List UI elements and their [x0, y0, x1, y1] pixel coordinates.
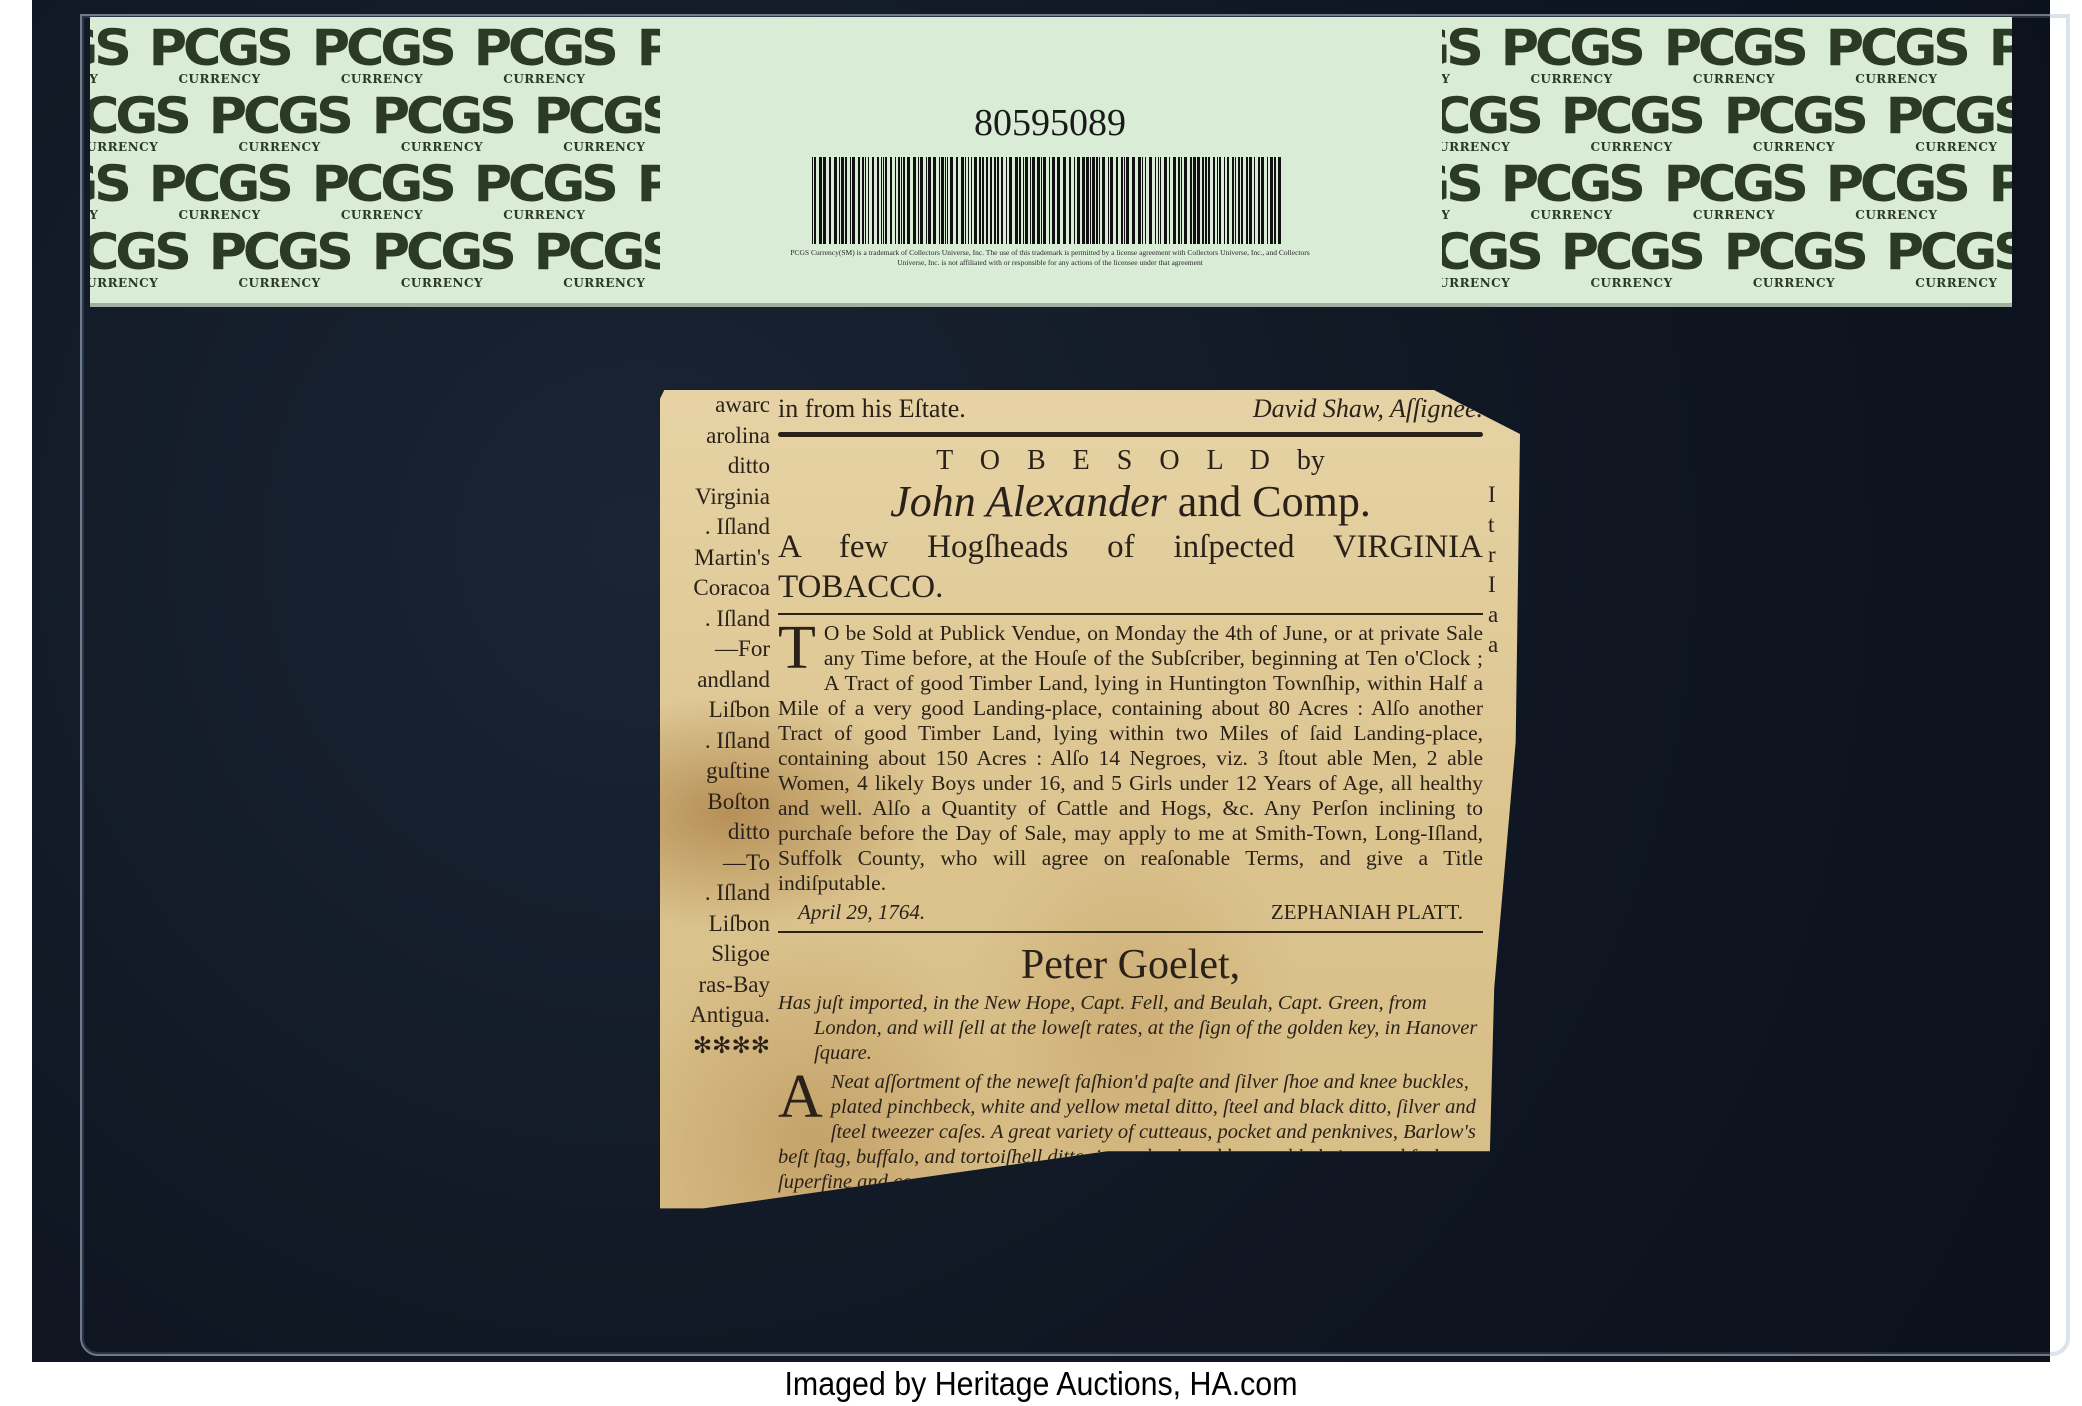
barcode	[812, 157, 1288, 244]
pcgs-currency-logo: PCGSCURRENCY	[90, 91, 184, 153]
ad-goods: A few Hogſheads of inſpected VIRGINIA TO…	[778, 527, 1483, 607]
pcgs-currency-logo: PCGSCURRENCY	[375, 91, 509, 153]
image-credit: Imaged by Heritage Auctions, HA.com	[83, 1362, 1998, 1406]
column-fragment-line: ditto	[660, 451, 770, 482]
drop-cap: T	[778, 623, 816, 673]
pcgs-currency-logo: PCGSCURRENCY	[90, 159, 124, 221]
pcgs-currency-logo: PCGSCURRENCY	[1992, 23, 2012, 85]
pcgs-currency-logo: PCGSCURRENCY	[640, 23, 660, 85]
label-center: 80595089 PCGS Currency(SM) is a trademar…	[730, 17, 1370, 303]
column-fragment-line: . Iſland	[660, 726, 770, 757]
column-fragment-line: Antigua.	[660, 1000, 770, 1031]
pcgs-label: PCGSCURRENCYPCGSCURRENCYPCGSCURRENCYPCGS…	[90, 17, 2012, 303]
pcgs-currency-logo: PCGSCURRENCY	[315, 23, 449, 85]
pcgs-currency-logo: PCGSCURRENCY	[1992, 159, 2012, 221]
pcgs-currency-logo: PCGSCURRENCY	[1667, 23, 1801, 85]
pcgs-currency-logo: PCGSCURRENCY	[1564, 91, 1698, 153]
divider-rule	[778, 931, 1483, 933]
pcgs-logo-pattern-left: PCGSCURRENCYPCGSCURRENCYPCGSCURRENCYPCGS…	[90, 17, 660, 303]
drop-cap: A	[778, 1072, 823, 1122]
ad-heading: Peter Goelet,	[778, 939, 1483, 991]
pcgs-currency-logo: PCGSCURRENCY	[152, 159, 286, 221]
pcgs-logo-pattern-right: PCGSCURRENCYPCGSCURRENCYPCGSCURRENCYPCGS…	[1442, 17, 2012, 303]
ad-seller: John Alexander and Comp.	[778, 477, 1483, 527]
pcgs-currency-logo: PCGSCURRENCY	[1504, 23, 1638, 85]
column-fragment-line: . Iſland	[660, 878, 770, 909]
pcgs-currency-logo: PCGSCURRENCY	[1667, 159, 1801, 221]
pcgs-currency-logo: PCGSCURRENCY	[1829, 23, 1963, 85]
pcgs-currency-logo: PCGSCURRENCY	[315, 159, 449, 221]
right-column-fragment: ItrIaa	[1488, 480, 1512, 660]
trademark-disclaimer: PCGS Currency(SM) is a trademark of Coll…	[780, 248, 1320, 268]
column-fragment-line: r	[1488, 540, 1512, 570]
pcgs-currency-logo: PCGSCURRENCY	[1504, 159, 1638, 221]
column-fragment-line: awarc	[660, 390, 770, 421]
column-fragment-line: andland	[660, 665, 770, 696]
pcgs-currency-logo: PCGSCURRENCY	[537, 91, 660, 153]
column-fragment-line: Martin's	[660, 543, 770, 574]
column-fragment-line: a	[1488, 630, 1512, 660]
pcgs-currency-logo: PCGSCURRENCY	[1829, 159, 1963, 221]
ad-signer: ZEPHANIAH PLATT.	[1271, 900, 1463, 925]
ad-intro: Has juſt imported, in the New Hope, Capt…	[778, 991, 1483, 1066]
advertisement-column: in from his Eſtate. David Shaw, Aſſignee…	[778, 390, 1483, 1220]
column-fragment-line: a	[1488, 600, 1512, 630]
column-fragment-line: I	[1488, 480, 1512, 510]
pcgs-currency-logo: PCGSCURRENCY	[477, 23, 611, 85]
previous-ad-signature: David Shaw, Aſſignee.	[1253, 394, 1483, 424]
column-fragment-line: ✻✻✻✻	[660, 1031, 770, 1062]
column-fragment-line: Sligoe	[660, 939, 770, 970]
pcgs-currency-logo: PCGSCURRENCY	[152, 23, 286, 85]
pcgs-currency-logo: PCGSCURRENCY	[90, 227, 184, 289]
ad-signoff: April 29, 1764. ZEPHANIAH PLATT.	[778, 900, 1483, 925]
column-fragment-line: —For	[660, 634, 770, 665]
newspaper-fragment: awarcarolinadittoVirginia. IſlandMartin'…	[660, 390, 1520, 1270]
pcgs-currency-logo: PCGSCURRENCY	[90, 23, 124, 85]
ad-tobacco: T O B E S O L D by John Alexander and Co…	[778, 445, 1483, 925]
column-fragment-line: arolina	[660, 421, 770, 452]
pcgs-currency-logo: PCGSCURRENCY	[1442, 23, 1476, 85]
divider-rule	[778, 613, 1483, 615]
pcgs-currency-logo: PCGSCURRENCY	[640, 159, 660, 221]
column-fragment-line: ras-Bay	[660, 970, 770, 1001]
ad-heading: T O B E S O L D by	[778, 445, 1483, 477]
pcgs-currency-logo: PCGSCURRENCY	[1442, 159, 1476, 221]
pcgs-currency-logo: PCGSCURRENCY	[1442, 91, 1536, 153]
left-column-fragment: awarcarolinadittoVirginia. IſlandMartin'…	[660, 390, 770, 1322]
column-fragment-line: guſtine	[660, 756, 770, 787]
ad-date: April 29, 1764.	[798, 900, 925, 925]
column-fragment-line: ditto	[660, 817, 770, 848]
pcgs-currency-logo: PCGSCURRENCY	[1889, 227, 2012, 289]
previous-ad-text: in from his Eſtate.	[778, 394, 966, 424]
column-fragment-line: Virginia	[660, 482, 770, 513]
cert-number: 80595089	[730, 101, 1370, 145]
pcgs-currency-logo: PCGSCURRENCY	[1727, 227, 1861, 289]
pcgs-currency-logo: PCGSCURRENCY	[1442, 227, 1536, 289]
column-fragment-line: Coracoa	[660, 573, 770, 604]
ad-body: T O be Sold at Publick Vendue, on Monday…	[778, 621, 1483, 896]
column-fragment-line: t	[1488, 510, 1512, 540]
divider-rule	[778, 432, 1483, 437]
pcgs-currency-logo: PCGSCURRENCY	[212, 227, 346, 289]
pcgs-currency-logo: PCGSCURRENCY	[1564, 227, 1698, 289]
pcgs-currency-logo: PCGSCURRENCY	[537, 227, 660, 289]
pcgs-currency-logo: PCGSCURRENCY	[1727, 91, 1861, 153]
column-fragment-line: . Iſland	[660, 512, 770, 543]
column-fragment-line: Boſton	[660, 787, 770, 818]
pcgs-currency-logo: PCGSCURRENCY	[477, 159, 611, 221]
column-fragment-line: Liſbon	[660, 909, 770, 940]
pcgs-currency-logo: PCGSCURRENCY	[212, 91, 346, 153]
previous-ad-closing: in from his Eſtate. David Shaw, Aſſignee…	[778, 390, 1483, 424]
column-fragment-line: I	[1488, 570, 1512, 600]
pcgs-currency-logo: PCGSCURRENCY	[1889, 91, 2012, 153]
column-fragment-line: —To	[660, 848, 770, 879]
pcgs-currency-logo: PCGSCURRENCY	[375, 227, 509, 289]
column-fragment-line: . Iſland	[660, 604, 770, 635]
column-fragment-line: Liſbon	[660, 695, 770, 726]
